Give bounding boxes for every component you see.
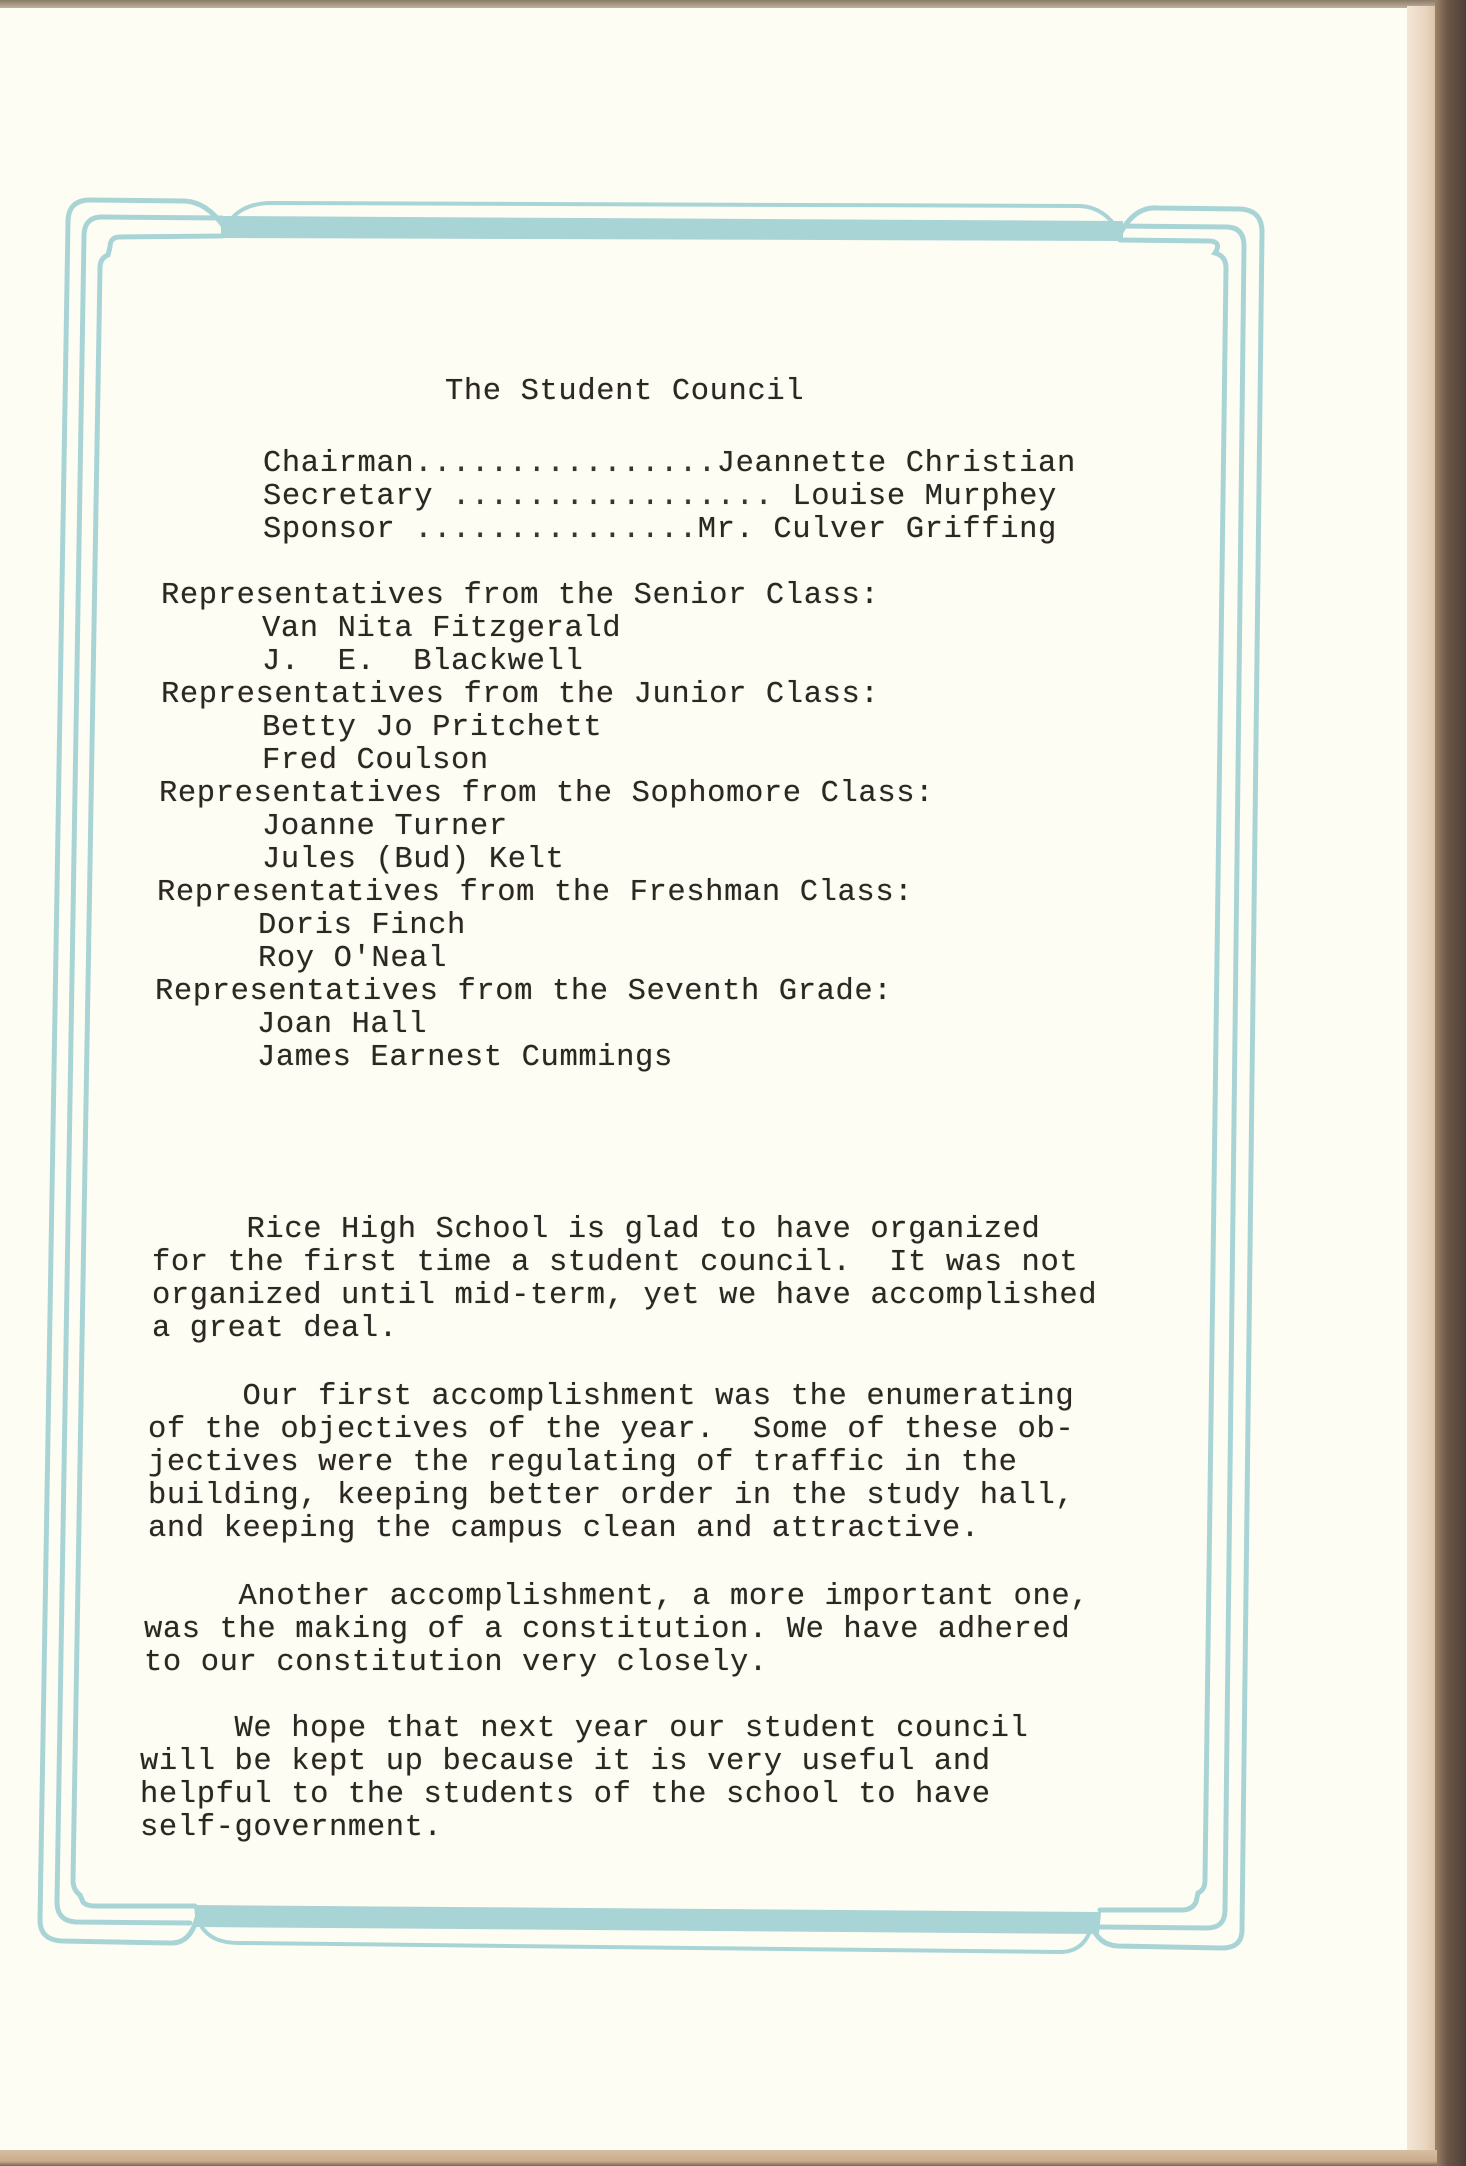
officer-role: Secretary <box>263 480 433 514</box>
paragraph-line: We hope that next year our student counc… <box>140 1713 1190 1746</box>
officer-name: Mr. Culver Griffing <box>698 513 1057 547</box>
officer-name: Jeannette Christian <box>717 447 1076 481</box>
officer-name: Louise Murphey <box>792 480 1057 514</box>
frame-bottom-bar <box>195 1906 1100 1933</box>
dot-leader: ................ <box>414 447 716 481</box>
paragraph-line: Our first accomplishment was the enumera… <box>148 1381 1198 1414</box>
officer-role: Sponsor <box>263 513 395 547</box>
rep-name: Roy O'Neal <box>258 943 447 976</box>
paragraph-line: helpful to the students of the school to… <box>140 1779 1190 1812</box>
rep-heading-junior: Representatives from the Junior Class: <box>161 679 879 712</box>
paragraph-line: Rice High School is glad to have organiz… <box>152 1214 1202 1247</box>
rep-name: Van Nita Fitzgerald <box>262 613 621 646</box>
rep-name: J. E. Blackwell <box>262 646 583 679</box>
dot-leader: ................. <box>433 480 792 514</box>
rep-name: Betty Jo Pritchett <box>262 712 602 745</box>
rep-name: James Earnest Cummings <box>257 1042 673 1075</box>
officer-role: Chairman <box>263 447 414 481</box>
rep-name: Doris Finch <box>258 910 466 943</box>
paragraph-line: organized until mid-term, yet we have ac… <box>152 1280 1202 1313</box>
paragraph-line: for the first time a student council. It… <box>152 1247 1202 1280</box>
officer-row-chairman: Chairman................Jeannette Christ… <box>263 448 1076 481</box>
rep-heading-seventh-grade: Representatives from the Seventh Grade: <box>155 976 892 1009</box>
paragraph-line: was the making of a constitution. We hav… <box>144 1614 1194 1647</box>
officer-row-secretary: Secretary ................. Louise Murph… <box>263 481 1057 514</box>
frame-top-bar <box>222 217 1122 240</box>
paragraph-line: self-government. <box>140 1812 1190 1845</box>
rep-heading-freshman: Representatives from the Freshman Class: <box>157 877 913 910</box>
paragraph-line: Another accomplishment, a more important… <box>144 1581 1194 1614</box>
dot-leader: ............... <box>395 513 697 547</box>
rep-heading-sophomore: Representatives from the Sophomore Class… <box>159 778 934 811</box>
page-title: The Student Council <box>445 376 804 409</box>
paragraph-line: of the objectives of the year. Some of t… <box>148 1414 1198 1447</box>
rep-heading-senior: Representatives from the Senior Class: <box>161 580 879 613</box>
paragraph-hope: We hope that next year our student counc… <box>140 1647 1190 1878</box>
rep-name: Jules (Bud) Kelt <box>262 844 564 877</box>
paragraph-line: building, keeping better order in the st… <box>148 1480 1198 1513</box>
officer-row-sponsor: Sponsor ...............Mr. Culver Griffi… <box>263 514 1057 547</box>
rep-name: Joanne Turner <box>262 811 508 844</box>
paragraph-line: jectives were the regulating of traffic … <box>148 1447 1198 1480</box>
rep-name: Joan Hall <box>257 1009 427 1042</box>
rep-name: Fred Coulson <box>262 745 489 778</box>
paragraph-line: will be kept up because it is very usefu… <box>140 1746 1190 1779</box>
